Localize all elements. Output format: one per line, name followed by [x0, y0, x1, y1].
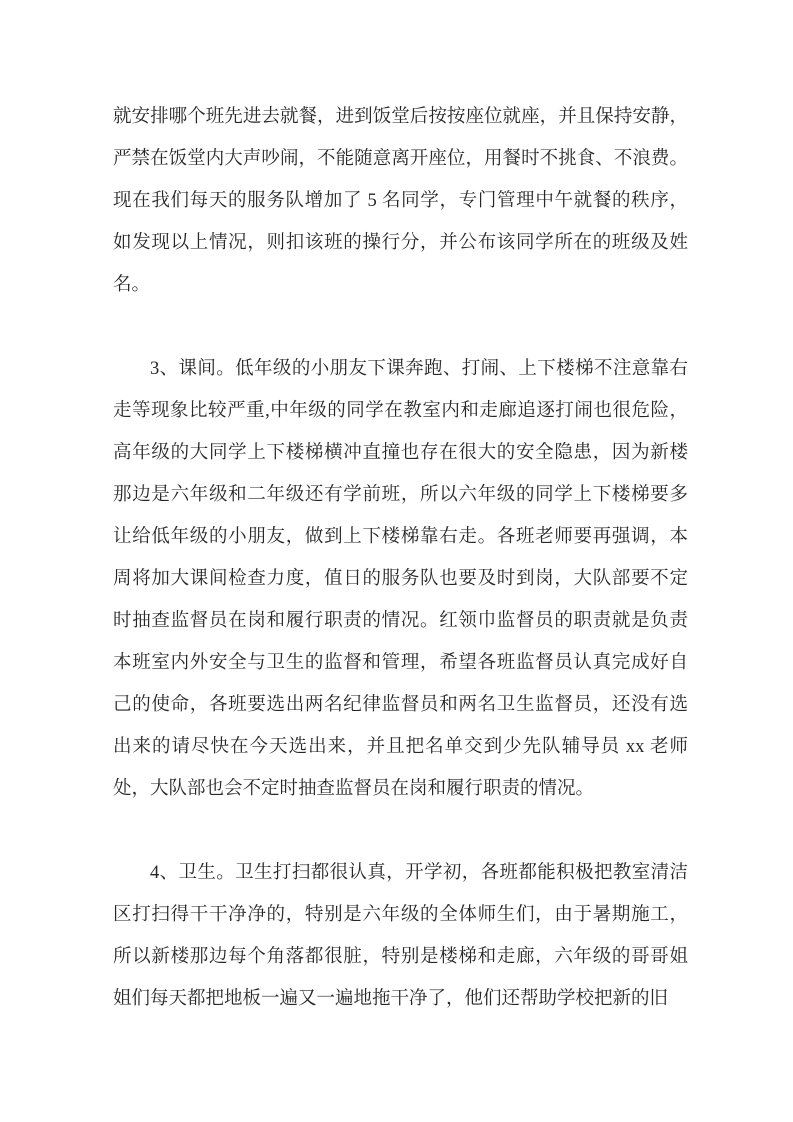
text-line: 高年级的大同学上下楼梯横冲直撞也存在很大的安全隐患，因为新楼 [113, 432, 688, 474]
text-line: 严禁在饭堂内大声吵闹，不能随意离开座位，用餐时不挑食、不浪费。 [113, 138, 688, 180]
body-paragraph-hygiene: 4、卫生。卫生打扫都很认真，开学初，各班都能积极把教室清洁区打扫得干干净净的，特… [113, 852, 688, 1020]
text-line: 那边是六年级和二年级还有学前班，所以六年级的同学上下楼梯要多 [113, 474, 688, 516]
body-paragraph-recess: 3、课间。低年级的小朋友下课奔跑、打闹、上下楼梯不注意靠右走等现象比较严重,中年… [113, 348, 688, 810]
text-line: 时抽查监督员在岗和履行职责的情况。红领巾监督员的职责就是负责 [113, 600, 688, 642]
text-line: 区打扫得干干净净的，特别是六年级的全体师生们，由于暑期施工， [113, 894, 688, 936]
text-line: 所以新楼那边每个角落都很脏，特别是楼梯和走廊，六年级的哥哥姐 [113, 936, 688, 978]
text-line: 如发现以上情况，则扣该班的操行分，并公布该同学所在的班级及姓 [113, 222, 688, 264]
text-line: 名。 [113, 264, 688, 306]
document-text-block: 就安排哪个班先进去就餐，进到饭堂后按按座位就座，并且保持安静，严禁在饭堂内大声吵… [113, 96, 688, 1020]
text-line: 出来的请尽快在今天选出来，并且把名单交到少先队辅导员 xx 老师 [113, 726, 688, 768]
text-line: 让给低年级的小朋友，做到上下楼梯靠右走。各班老师要再强调，本 [113, 516, 688, 558]
text-line: 姐们每天都把地板一遍又一遍地拖干净了，他们还帮助学校把新的旧 [113, 978, 688, 1020]
text-line: 就安排哪个班先进去就餐，进到饭堂后按按座位就座，并且保持安静， [113, 96, 688, 138]
text-line: 己的使命，各班要选出两名纪律监督员和两名卫生监督员，还没有选 [113, 684, 688, 726]
text-line: 4、卫生。卫生打扫都很认真，开学初，各班都能积极把教室清洁 [113, 852, 688, 894]
text-line: 走等现象比较严重,中年级的同学在教室内和走廊追逐打闹也很危险， [113, 390, 688, 432]
text-line: 处，大队部也会不定时抽查监督员在岗和履行职责的情况。 [113, 768, 688, 810]
text-line: 3、课间。低年级的小朋友下课奔跑、打闹、上下楼梯不注意靠右 [113, 348, 688, 390]
document-page: 就安排哪个班先进去就餐，进到饭堂后按按座位就座，并且保持安静，严禁在饭堂内大声吵… [0, 0, 793, 1122]
text-line: 本班室内外安全与卫生的监督和管理，希望各班监督员认真完成好自 [113, 642, 688, 684]
text-line: 周将加大课间检查力度，值日的服务队也要及时到岗，大队部要不定 [113, 558, 688, 600]
body-paragraph-canteen-rules: 就安排哪个班先进去就餐，进到饭堂后按按座位就座，并且保持安静，严禁在饭堂内大声吵… [113, 96, 688, 306]
text-line: 现在我们每天的服务队增加了 5 名同学，专门管理中午就餐的秩序， [113, 180, 688, 222]
